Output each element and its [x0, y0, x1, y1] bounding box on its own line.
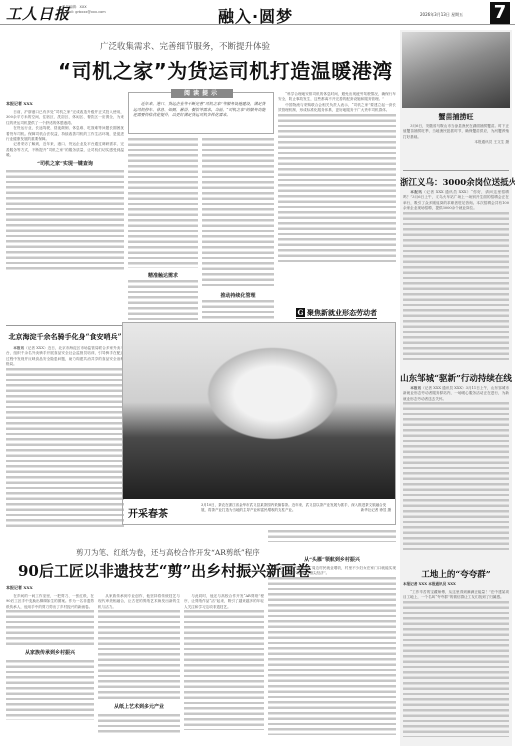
- story1-body: 本报讯（记者 XXX 通讯员 XXX）“你好，请问这里招聘吗？”3月6日上午，义…: [403, 190, 509, 370]
- story2-headline: 山东邹城“驱新”行动持续在线: [400, 372, 512, 384]
- second-body-col1: 在乡间的一间工作室里，一把剪刀、一张红纸，在90后工匠手中变换出栩栩如生的图案。…: [6, 594, 94, 744]
- editor-info: 责任编辑：XXX E-mail: grbxxx@xxx.com: [62, 5, 106, 15]
- section-title: 融入·圆梦: [218, 4, 293, 27]
- page-number: 7: [490, 2, 510, 24]
- second-byline: 本报记者 XXX: [6, 585, 33, 591]
- second-kicker: 剪刀为笔、红纸为卷，还与高校合作开发“AR剪纸”程序: [76, 547, 260, 558]
- story3-byline: 本报记者 XXX 本报通讯员 XXX: [403, 582, 456, 587]
- lead-body-col2b: [128, 280, 198, 320]
- feature-photo-frame: 开采春茶 3月10日，茶农在浙江省金华市武义县某茶园内采摘春茶。近年来，武义县以…: [122, 322, 396, 525]
- lead-body-col4: “科学合理地安排司机的休息时间，避免出现疲劳驾驶情况，确保行车安全，防止事故发生…: [278, 92, 396, 282]
- right-photo-caption: 3月6日，安徽省马鞍山市当涂县渔民在湖面捕捞蟹苗。时下正值蟹苗捕捞旺季，当地渔民…: [403, 124, 509, 164]
- body-text-lines: [6, 170, 124, 270]
- lead-kicker: 广泛收集需求、完善细节服务，不断提升体验: [100, 40, 270, 52]
- lead-body-col3: [202, 138, 274, 288]
- second-body-col4: 如今，剪纸产业带动了周边村民就业增收，村里不少妇女在家门口就能实现就业，“指尖技…: [268, 566, 396, 744]
- right-column: 蟹苗捕捞旺 3月6日，安徽省马鞍山市当涂县渔民在湖面捕捞蟹苗。时下正值蟹苗捕捞旺…: [400, 30, 512, 746]
- lead-body-col2: [128, 138, 198, 268]
- story3-headline: 工地上的“夸夸群”: [400, 568, 512, 580]
- left-brief-headline: 北京海淀千余名骑手化身“食安哨兵”: [6, 332, 124, 342]
- lead-headline: “司机之家”为货运司机打造温暖港湾: [58, 55, 393, 84]
- feature-photo-title: 开采春茶: [128, 505, 168, 520]
- crab-fishing-photo: [402, 32, 510, 108]
- story2-body: 本报讯（记者 XXX 通讯员 XXX）3月11日上午，山东邹城市新就业形态劳动者…: [403, 386, 509, 556]
- column-tag-icon: G: [296, 308, 305, 317]
- tea-picking-photo: [123, 323, 395, 499]
- subhead: 从家族传承到乡村振兴: [6, 651, 94, 656]
- summary-tag: 阅读提示: [171, 89, 233, 98]
- newspaper-logo: 工人日报: [6, 3, 70, 24]
- left-brief-body: 本报讯（记者 XXX）近日，北京市海淀区市场监管局联合多家外卖平台，组织千余名外…: [6, 346, 124, 531]
- subhead: 从“头雁”领航到乡村振兴: [268, 556, 396, 563]
- right-photo-title: 蟹苗捕捞旺: [400, 112, 512, 122]
- second-body-col2: 从家族传承到专业创作，他坚持将传统技艺与现代审美相融合，让古老的剪纸艺术焕发出新…: [98, 594, 180, 744]
- second-body-col4-top: [268, 530, 396, 556]
- masthead: 工人日报 责任编辑：XXX E-mail: grbxxx@xxx.com 融入·…: [0, 0, 515, 25]
- lead-byline: 本报记者 XXX: [6, 101, 33, 107]
- story1-headline: 浙江义乌：3000余岗位送抵火车站: [400, 176, 512, 188]
- lead-body-col1: 日前，沪浙港口已有多处“司机之家”完成改造升级并正式投入使用，300余平方米的空…: [6, 110, 124, 322]
- summary-text: 近年来，港口、货运企业等不断完善“司机之家”等服务设施建设，满足货运司机停车、休…: [133, 101, 269, 118]
- subhead: 推动持续化管理: [202, 292, 274, 299]
- subhead: “司机之家”实现一键查询: [6, 162, 124, 167]
- feature-photo-caption: 3月10日，茶农在浙江省金华市武义县某茶园内采摘春茶。近年来，武义县以茶产业发展…: [201, 503, 391, 521]
- story3-body: “工作辛苦的宝藏师傅，从这里得到满满正能量！”在中建某项目工地上，一个名叫“夸夸…: [403, 590, 509, 742]
- summary-box: 阅读提示 近年来，港口、货运企业等不断完善“司机之家”等服务设施建设，满足货运司…: [128, 92, 274, 134]
- subhead: 从纸上艺术到多元产业: [98, 705, 180, 710]
- dateline: 2026年3月13日 星期五: [420, 12, 463, 18]
- subhead: 精准触达需求: [128, 272, 198, 279]
- second-body-col3: 与此同时，他还与高校合作开发“AR剪纸”程序，让剪纸作品“活”起来，吸引了越来越…: [184, 594, 264, 744]
- column-tag: G聚焦新就业形态劳动者: [296, 308, 377, 319]
